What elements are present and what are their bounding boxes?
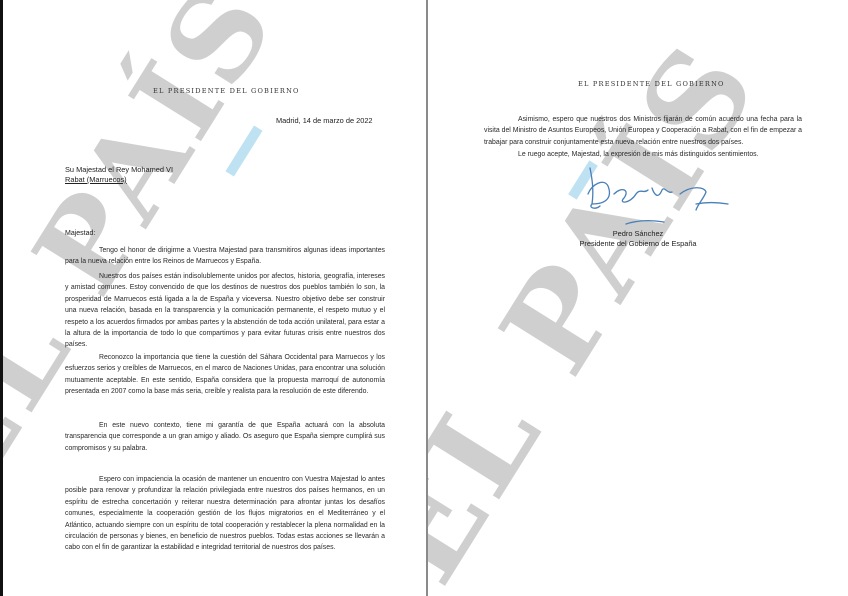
signatory-title: Presidente del Gobierno de España bbox=[548, 239, 728, 249]
letter-page-2: EL PAÍS El Presidente del Gobierno Asimi… bbox=[426, 0, 848, 596]
paragraph: En este nuevo contexto, tiene mi garantí… bbox=[65, 420, 385, 454]
paragraph: Reconozco la importancia que tiene la cu… bbox=[65, 352, 385, 398]
letterhead: El Presidente del Gobierno bbox=[578, 80, 725, 88]
letter-page-1: EL PAÍS El Presidente del Gobierno Madri… bbox=[0, 0, 426, 596]
watermark-el-pais: EL PAÍS bbox=[426, 22, 778, 596]
letterhead: El Presidente del Gobierno bbox=[153, 87, 300, 95]
paragraph: Tengo el honor de dirigirme a Vuestra Ma… bbox=[65, 245, 385, 268]
paragraph: Asimismo, espero que nuestros dos Minist… bbox=[484, 114, 802, 148]
paragraph: Nuestros dos países están indisolublemen… bbox=[65, 271, 385, 351]
date-line: Madrid, 14 de marzo de 2022 bbox=[276, 115, 373, 126]
recipient-location: Rabat (Marruecos) bbox=[65, 174, 127, 185]
paragraph: Espero con impaciencia la ocasión de man… bbox=[65, 474, 385, 554]
signatory-name: Pedro Sánchez bbox=[548, 229, 728, 239]
watermark-accent bbox=[225, 125, 262, 176]
signature bbox=[578, 164, 748, 234]
salutation: Majestad: bbox=[65, 228, 95, 239]
paragraph: Le ruego acepte, Majestad, la expresión … bbox=[484, 149, 802, 160]
